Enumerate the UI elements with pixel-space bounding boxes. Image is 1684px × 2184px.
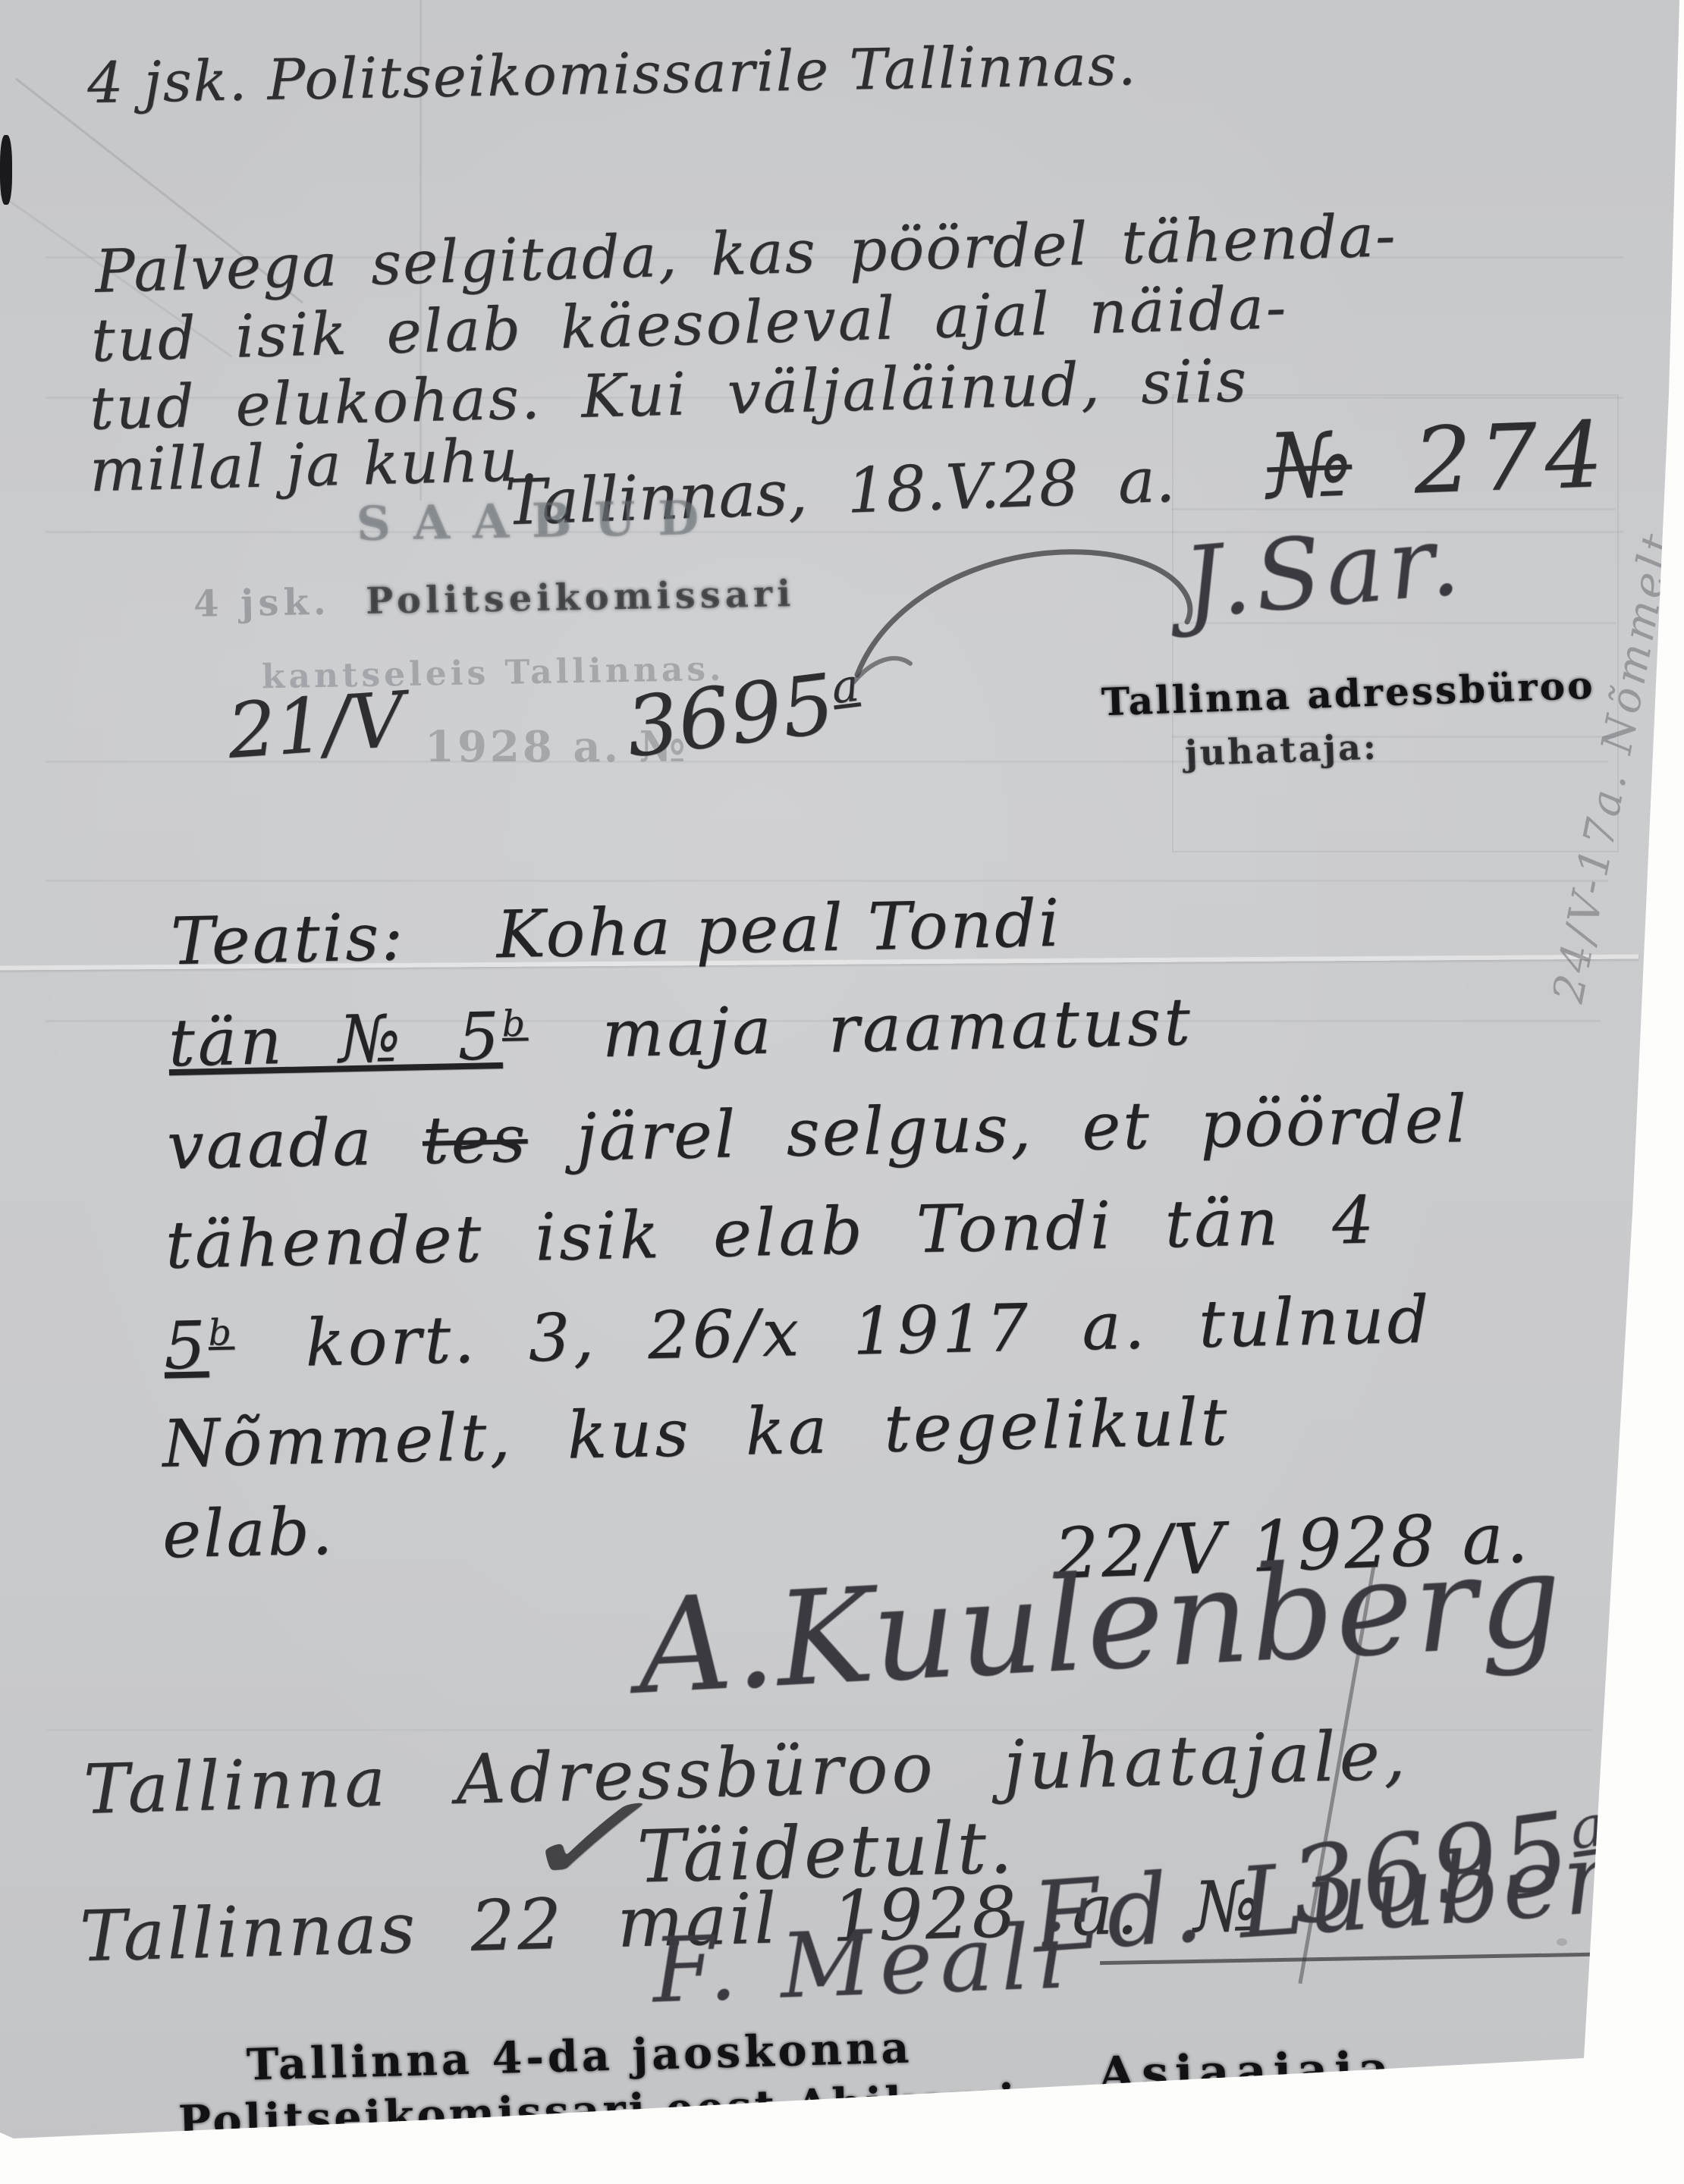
outgoing-number: 274 [1412,403,1612,515]
report-house-number-suffix: b [208,1312,234,1354]
report-line-5-text: kort. 3, 26/x 1917 a. tulnud [304,1282,1432,1382]
report-line-5: 5b kort. 3, 26/x 1917 a. tulnud [163,1282,1432,1385]
report-line-2-text: maja raamatust [602,984,1194,1072]
received-date-handwritten: 21/V [225,675,407,776]
report-street-number: tän № 5 [168,999,503,1081]
edge-ink-blob [0,135,12,205]
assistant-commissar-signature: F. Meali [651,1903,1075,2022]
report-line-1-text: Koha peal Tondi [495,886,1062,974]
report-label: Teatis: [170,899,406,980]
bureau-signature: J.Sar. [1179,504,1468,641]
form-rule-line [46,880,1608,882]
report-line-4: tähendet isik elab Tondi tän 4 [165,1182,1378,1283]
addressee-heading: 4 jsk. Politseikomissarile Tallinnas. [86,33,1138,116]
report-house-number: 5 [163,1307,209,1384]
received-stamp-line-2: 4 jsk. Politseikomissari [193,573,796,626]
scanned-document: 4 jsk. Politseikomissarile Tallinnas. Pa… [0,0,1684,2184]
paper-speck [869,2170,888,2176]
report-line-3: vaada tes järel selgus, et pöördel [166,1081,1469,1185]
report-line-1: Teatis: Koha peal Tondi [170,886,1062,981]
report-line-6: Nõmmelt, kus ka tegelikult [162,1384,1230,1482]
received-stamp-title: SAABUD [356,490,721,551]
paper-speck [1557,1938,1567,1946]
report-signature: A.Kuulenberg [634,1523,1567,1724]
received-stamp-precinct: 4 jsk. [193,581,331,626]
report-crossed-out-word: tes [422,1101,529,1179]
number-sign: № [1265,412,1353,519]
received-stamp-office-word: Politseikomissari [366,573,796,623]
report-line-2: tän № 5b maja raamatust [168,984,1194,1081]
bureau-stamp-line-2: juhataja: [1184,726,1379,774]
paper-sheet: 4 jsk. Politseikomissarile Tallinnas. Pa… [0,0,1684,2184]
report-street-number-suffix: b [501,1003,528,1046]
report-line-7: elab. [162,1494,335,1574]
report-line-3-rest: järel selgus, et pöördel [576,1081,1469,1176]
clerk-stamp: Asjaajaja [1098,2041,1396,2102]
report-line-3-start: vaada [166,1104,375,1185]
